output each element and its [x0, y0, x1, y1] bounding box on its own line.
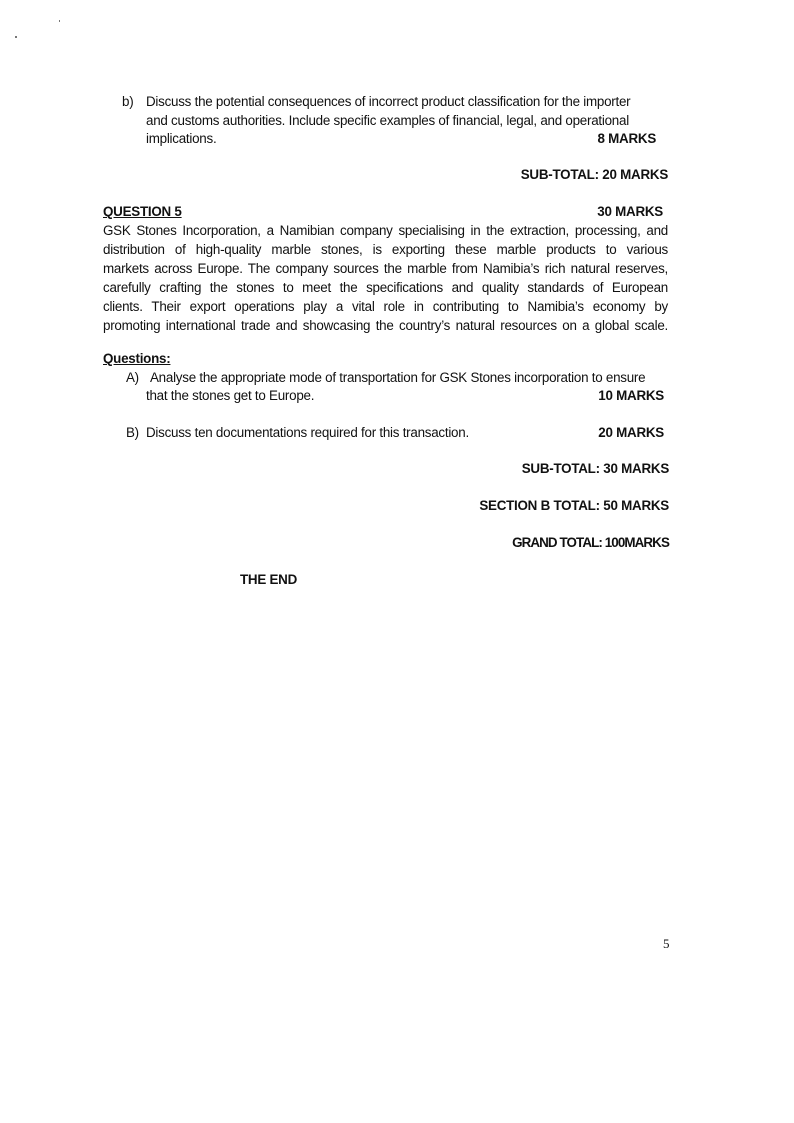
q5-questions-heading: Questions:	[103, 349, 170, 368]
q4b-marks: 8 MARKS	[597, 129, 656, 148]
q5a-label: A)	[126, 368, 139, 387]
q5-scenario-line: distribution of high-quality marble ston…	[103, 240, 668, 259]
q5-scenario-line: markets across Europe. The company sourc…	[103, 259, 668, 278]
scan-speck	[15, 36, 17, 38]
scan-speck	[59, 20, 60, 22]
q5-scenario-line: promoting international trade and showca…	[103, 316, 668, 335]
q5-scenario: GSK Stones Incorporation, a Namibian com…	[103, 221, 668, 335]
q4b-line-2: and customs authorities. Include specifi…	[146, 111, 629, 130]
q5-scenario-line: carefully crafting the stones to meet th…	[103, 278, 668, 297]
grand-total: GRAND TOTAL: 100MARKS	[512, 533, 669, 552]
q4b-line-1: Discuss the potential consequences of in…	[146, 92, 630, 111]
q5b-label: B)	[126, 423, 139, 442]
exam-page: b) Discuss the potential consequences of…	[0, 0, 794, 1123]
q4b-line-3: implications.	[146, 129, 216, 148]
q5-marks: 30 MARKS	[597, 202, 663, 221]
q5b-line-1: Discuss ten documentations required for …	[146, 423, 469, 442]
q4b-label: b)	[122, 92, 133, 111]
q5a-line-2: that the stones get to Europe.	[146, 386, 314, 405]
section-b-total: SECTION B TOTAL: 50 MARKS	[479, 496, 669, 515]
q4-subtotal: SUB-TOTAL: 20 MARKS	[521, 165, 668, 184]
the-end: THE END	[240, 570, 297, 589]
page-number: 5	[663, 936, 670, 952]
q5-subtotal: SUB-TOTAL: 30 MARKS	[522, 459, 669, 478]
q5b-marks: 20 MARKS	[598, 423, 664, 442]
q5-heading: QUESTION 5	[103, 202, 182, 221]
q5a-marks: 10 MARKS	[598, 386, 664, 405]
q5-scenario-line: clients. Their export operations play a …	[103, 297, 668, 316]
q5a-line-1: Analyse the appropriate mode of transpor…	[150, 368, 645, 387]
q5-scenario-line: GSK Stones Incorporation, a Namibian com…	[103, 221, 668, 240]
